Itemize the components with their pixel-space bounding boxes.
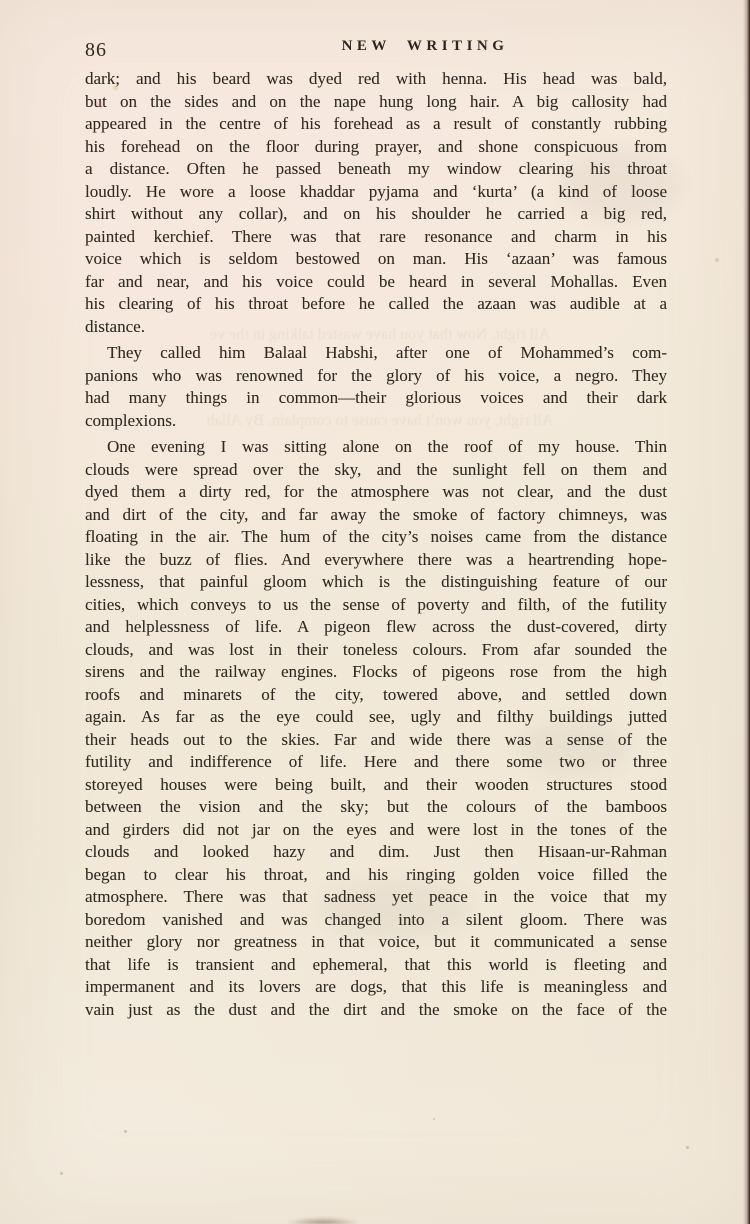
text-line: clouds, and was lost in their toneless c… (85, 639, 667, 662)
text-line: painted kerchief. There was that rare re… (85, 226, 667, 249)
text-line: cities, which conveys to us the sense of… (85, 594, 667, 617)
book-page-scan: 86 NEW WRITING All right. Now that you h… (0, 0, 750, 1224)
text-line: storeyed houses were being built, and th… (85, 774, 667, 797)
text-line: voice which is seldom bestowed on man. H… (85, 248, 667, 271)
text-line: distance. (85, 316, 667, 339)
text-line: panions who was renowned for the glory o… (85, 365, 667, 388)
paper-speck (715, 258, 719, 262)
text-line: like the buzz of flies. And everywhere t… (85, 549, 667, 572)
text-line: clouds were spread over the sky, and the… (85, 459, 667, 482)
text-line: far and near, and his voice could be hea… (85, 271, 667, 294)
text-line: futility and indifference of life. Here … (85, 751, 667, 774)
paper-speck (686, 1146, 689, 1149)
text-line: and helplessness of life. A pigeon flew … (85, 616, 667, 639)
scan-edge-shadow (743, 0, 750, 1224)
text-line: had many things in common—their glorious… (85, 387, 667, 410)
text-line: roofs and minarets of the city, towered … (85, 684, 667, 707)
paragraph: They called him Balaal Habshi, after one… (85, 342, 667, 432)
text-line: boredom vanished and was changed into a … (85, 909, 667, 932)
text-line: complexions. (85, 410, 667, 433)
text-line: vain just as the dust and the dirt and t… (85, 999, 667, 1022)
scan-edge-smudge (288, 1217, 358, 1224)
text-line: his forehead on the floor during prayer,… (85, 136, 667, 159)
text-line: their heads out to the skies. Far and wi… (85, 729, 667, 752)
text-block: dark; and his beard was dyed red with he… (85, 68, 667, 1021)
text-line: but on the sides and on the nape hung lo… (85, 91, 667, 114)
text-line: They called him Balaal Habshi, after one… (85, 342, 667, 365)
text-line: floating in the air. The hum of the city… (85, 526, 667, 549)
text-line: his clearing of his throat before he cal… (85, 293, 667, 316)
text-line: between the vision and the sky; but the … (85, 796, 667, 819)
text-line: neither glory nor greatness in that voic… (85, 931, 667, 954)
paper-speck (433, 1118, 435, 1120)
running-head: NEW WRITING (134, 38, 716, 55)
text-line: and dirt of the city, and far away the s… (85, 504, 667, 527)
text-line: clouds and looked hazy and dim. Just the… (85, 841, 667, 864)
text-line: One evening I was sitting alone on the r… (85, 436, 667, 459)
text-line: lessness, that painful gloom which is th… (85, 571, 667, 594)
page-number: 86 (85, 39, 107, 62)
text-line: sirens and the railway engines. Flocks o… (85, 661, 667, 684)
paper-speck (124, 1130, 127, 1133)
paragraph: dark; and his beard was dyed red with he… (85, 68, 667, 338)
text-line: again. As far as the eye could see, ugly… (85, 706, 667, 729)
text-line: dark; and his beard was dyed red with he… (85, 68, 667, 91)
text-line: began to clear his throat, and his ringi… (85, 864, 667, 887)
text-line: appeared in the centre of his forehead a… (85, 113, 667, 136)
text-line: and girders did not jar on the eyes and … (85, 819, 667, 842)
text-line: atmosphere. There was that sadness yet p… (85, 886, 667, 909)
text-line: a distance. Often he passed beneath my w… (85, 158, 667, 181)
text-line: shirt without any collar), and on his sh… (85, 203, 667, 226)
paper-speck (60, 1172, 63, 1175)
text-line: dyed them a dirty red, for the atmospher… (85, 481, 667, 504)
text-line: impermanent and its lovers are dogs, tha… (85, 976, 667, 999)
page-header: 86 NEW WRITING (85, 38, 667, 55)
paragraph: One evening I was sitting alone on the r… (85, 436, 667, 1021)
text-line: that life is transient and ephemeral, th… (85, 954, 667, 977)
text-line: loudly. He wore a loose khaddar pyjama a… (85, 181, 667, 204)
